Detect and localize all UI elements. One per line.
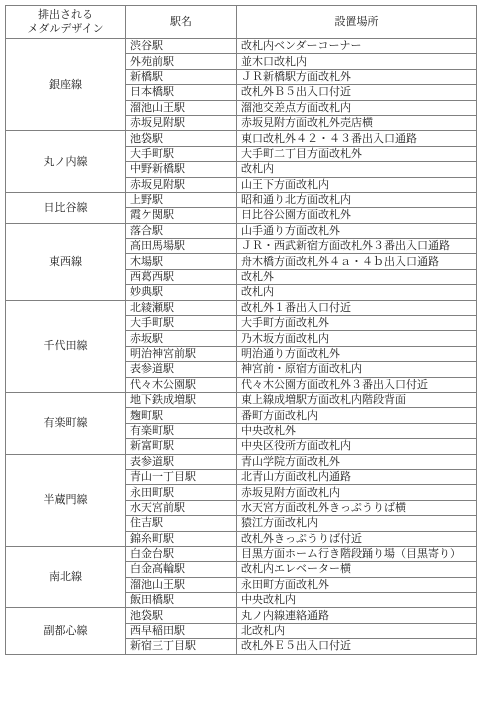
- table-row: 東西線落合駅山手通り方面改札外: [6, 223, 477, 238]
- location-cell: 青山学院方面改札外: [237, 454, 477, 469]
- station-cell: 西早稲田駅: [126, 623, 237, 638]
- station-cell: 麹町駅: [126, 408, 237, 423]
- location-cell: 日比谷公園方面改札外: [237, 208, 477, 223]
- table-row: 丸ノ内線池袋駅東口改札外４２・４３番出入口通路: [6, 131, 477, 146]
- header-station: 駅名: [126, 6, 237, 39]
- station-cell: 外苑前駅: [126, 54, 237, 69]
- station-cell: 水天宮前駅: [126, 500, 237, 515]
- location-cell: 中央改札内: [237, 593, 477, 608]
- location-cell: 改札内: [237, 162, 477, 177]
- location-cell: 乃木坂方面改札内: [237, 331, 477, 346]
- line-name-cell: 南北線: [6, 546, 126, 608]
- station-cell: 飯田橋駅: [126, 593, 237, 608]
- line-name-cell: 東西線: [6, 223, 126, 300]
- station-cell: 白金台駅: [126, 546, 237, 561]
- location-cell: 昭和通り北方面改札内: [237, 192, 477, 207]
- station-cell: 明治神宮前駅: [126, 346, 237, 361]
- line-name-cell: 丸ノ内線: [6, 131, 126, 193]
- line-name-cell: 半蔵門線: [6, 454, 126, 546]
- location-cell: 改札外きっぷうりば付近: [237, 531, 477, 546]
- location-cell: 東口改札外４２・４３番出入口通路: [237, 131, 477, 146]
- station-cell: 木場駅: [126, 254, 237, 269]
- location-cell: 北青山方面改札内通路: [237, 469, 477, 484]
- station-cell: 霞ケ関駅: [126, 208, 237, 223]
- location-cell: 赤坂見附方面改札外売店横: [237, 115, 477, 130]
- station-cell: 有楽町駅: [126, 423, 237, 438]
- line-name-cell: 副都心線: [6, 608, 126, 654]
- station-cell: 新富町駅: [126, 439, 237, 454]
- location-cell: 猿江方面改札内: [237, 516, 477, 531]
- location-cell: 溜池交差点方面改札内: [237, 100, 477, 115]
- location-cell: 山手通り方面改札外: [237, 223, 477, 238]
- header-row: 排出される メダルデザイン 駅名 設置場所: [6, 6, 477, 39]
- station-cell: 池袋駅: [126, 608, 237, 623]
- location-cell: ＪＲ新橋駅方面改札外: [237, 69, 477, 84]
- location-cell: 永田町方面改札外: [237, 577, 477, 592]
- location-cell: 山王下方面改札内: [237, 177, 477, 192]
- table-row: 千代田線北綾瀬駅改札外１番出入口付近: [6, 300, 477, 315]
- location-cell: 番町方面改札内: [237, 408, 477, 423]
- station-cell: 大手町駅: [126, 146, 237, 161]
- header-design-line1: 排出される: [38, 9, 93, 21]
- station-cell: 表参道駅: [126, 454, 237, 469]
- station-cell: 永田町駅: [126, 485, 237, 500]
- location-cell: ＪＲ・西武新宿方面改札外３番出入口通路: [237, 239, 477, 254]
- location-cell: 改札外１番出入口付近: [237, 300, 477, 315]
- station-cell: 落合駅: [126, 223, 237, 238]
- header-design-line2: メダルデザイン: [27, 23, 103, 35]
- line-name-cell: 銀座線: [6, 39, 126, 131]
- station-cell: 池袋駅: [126, 131, 237, 146]
- station-cell: 地下鉄成増駅: [126, 392, 237, 407]
- line-name-cell: 有楽町線: [6, 392, 126, 454]
- station-cell: 新橋駅: [126, 69, 237, 84]
- location-cell: 北改札内: [237, 623, 477, 638]
- location-cell: 赤坂見附方面改札内: [237, 485, 477, 500]
- station-cell: 住吉駅: [126, 516, 237, 531]
- station-cell: 高田馬場駅: [126, 239, 237, 254]
- location-cell: 大手町二丁目方面改札外: [237, 146, 477, 161]
- header-location: 設置場所: [237, 6, 477, 39]
- location-cell: 改札内エレベーター横: [237, 562, 477, 577]
- location-cell: 改札外Ｂ５出入口付近: [237, 85, 477, 100]
- location-cell: 明治通り方面改札外: [237, 346, 477, 361]
- station-cell: 大手町駅: [126, 316, 237, 331]
- table-row: 有楽町線地下鉄成増駅東上線成増駅方面改札内階段背面: [6, 392, 477, 407]
- station-cell: 赤坂駅: [126, 331, 237, 346]
- table-row: 南北線白金台駅目黒方面ホーム行き階段踊り場（目黒寄り）: [6, 546, 477, 561]
- location-cell: 中央改札外: [237, 423, 477, 438]
- location-cell: 改札外: [237, 269, 477, 284]
- table-row: 日比谷線上野駅昭和通り北方面改札内: [6, 192, 477, 207]
- station-cell: 上野駅: [126, 192, 237, 207]
- station-cell: 白金高輪駅: [126, 562, 237, 577]
- location-cell: 大手町方面改札外: [237, 316, 477, 331]
- location-cell: 舟木橋方面改札外４ａ・４ｂ出入口通路: [237, 254, 477, 269]
- station-cell: 渋谷駅: [126, 39, 237, 54]
- station-cell: 溜池山王駅: [126, 577, 237, 592]
- location-cell: 並木口改札内: [237, 54, 477, 69]
- line-name-cell: 千代田線: [6, 300, 126, 392]
- location-cell: 改札内: [237, 285, 477, 300]
- location-cell: 東上線成増駅方面改札内階段背面: [237, 392, 477, 407]
- station-cell: 新宿三丁目駅: [126, 639, 237, 654]
- station-cell: 中野新橋駅: [126, 162, 237, 177]
- location-cell: 中央区役所方面改札内: [237, 439, 477, 454]
- station-cell: 赤坂見附駅: [126, 115, 237, 130]
- location-cell: 神宮前・原宿方面改札内: [237, 362, 477, 377]
- station-cell: 青山一丁目駅: [126, 469, 237, 484]
- location-cell: 水天宮方面改札外きっぷうりば横: [237, 500, 477, 515]
- location-cell: 代々木公園方面改札外３番出入口付近: [237, 377, 477, 392]
- location-cell: 改札内ベンダーコーナー: [237, 39, 477, 54]
- location-cell: 改札外Ｅ５出入口付近: [237, 639, 477, 654]
- station-cell: 錦糸町駅: [126, 531, 237, 546]
- table-row: 副都心線池袋駅丸ノ内線連絡通路: [6, 608, 477, 623]
- station-cell: 溜池山王駅: [126, 100, 237, 115]
- station-cell: 日本橋駅: [126, 85, 237, 100]
- location-cell: 目黒方面ホーム行き階段踊り場（目黒寄り）: [237, 546, 477, 561]
- location-cell: 丸ノ内線連絡通路: [237, 608, 477, 623]
- table-row: 銀座線渋谷駅改札内ベンダーコーナー: [6, 39, 477, 54]
- table-row: 半蔵門線表参道駅青山学院方面改札外: [6, 454, 477, 469]
- station-cell: 妙典駅: [126, 285, 237, 300]
- station-cell: 赤坂見附駅: [126, 177, 237, 192]
- station-cell: 西葛西駅: [126, 269, 237, 284]
- medal-location-table: 排出される メダルデザイン 駅名 設置場所 銀座線渋谷駅改札内ベンダーコーナー外…: [5, 5, 477, 655]
- header-design: 排出される メダルデザイン: [6, 6, 126, 39]
- station-cell: 北綾瀬駅: [126, 300, 237, 315]
- line-name-cell: 日比谷線: [6, 192, 126, 223]
- station-cell: 表参道駅: [126, 362, 237, 377]
- station-cell: 代々木公園駅: [126, 377, 237, 392]
